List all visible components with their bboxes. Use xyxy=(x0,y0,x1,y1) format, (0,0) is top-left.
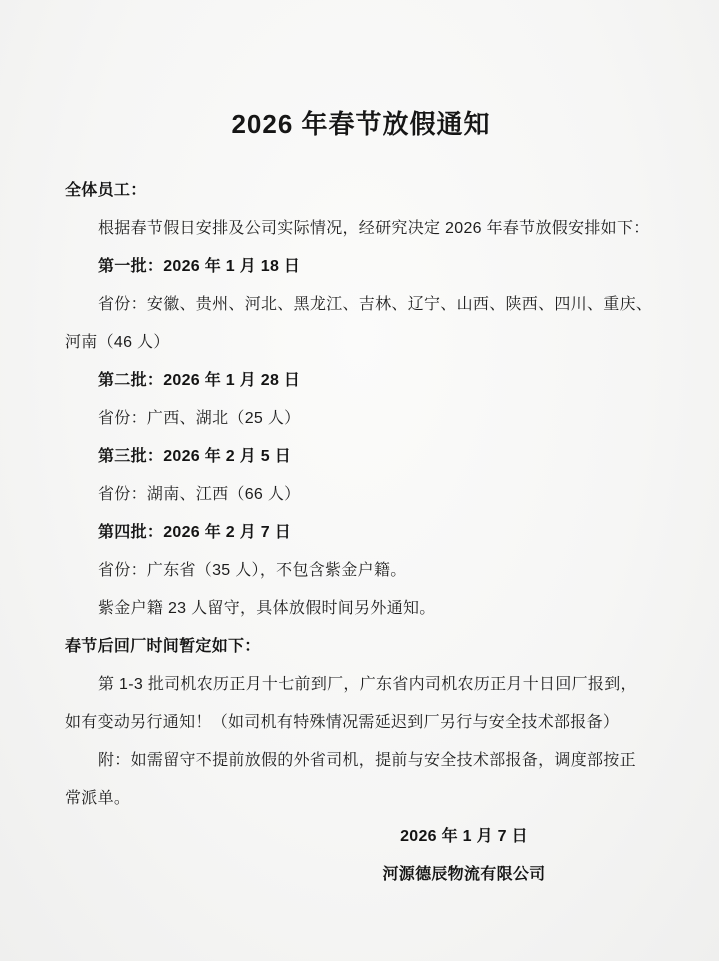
doc-line: 第二批：2026 年 1 月 28 日 xyxy=(65,362,657,400)
doc-line: 省份：安徽、贵州、河北、黑龙江、吉林、辽宁、山西、陕西、四川、重庆、 xyxy=(65,286,657,324)
signature-date: 2026 年 1 月 7 日 xyxy=(168,818,719,856)
doc-line: 附：如需留守不提前放假的外省司机，提前与安全技术部报备，调度部按正 xyxy=(65,742,657,780)
signature-block: 2026 年 1 月 7 日 河源德辰物流有限公司 xyxy=(168,818,719,894)
doc-line: 第三批：2026 年 2 月 5 日 xyxy=(65,438,657,476)
doc-line: 省份：广东省（35 人），不包含紫金户籍。 xyxy=(65,552,657,590)
doc-line: 根据春节假日安排及公司实际情况，经研究决定 2026 年春节放假安排如下： xyxy=(65,210,657,248)
doc-line: 第 1-3 批司机农历正月十七前到厂，广东省内司机农历正月十日回厂报到， xyxy=(65,666,657,704)
doc-line: 省份：广西、湖北（25 人） xyxy=(65,400,657,438)
doc-line: 第四批：2026 年 2 月 7 日 xyxy=(65,514,657,552)
notice-document: 2026 年春节放假通知 全体员工：根据春节假日安排及公司实际情况，经研究决定 … xyxy=(0,0,719,961)
notice-body: 全体员工：根据春节假日安排及公司实际情况，经研究决定 2026 年春节放假安排如… xyxy=(65,172,657,818)
doc-line: 紫金户籍 23 人留守，具体放假时间另外通知。 xyxy=(65,590,657,628)
signature-company: 河源德辰物流有限公司 xyxy=(168,856,719,894)
doc-line: 省份：湖南、江西（66 人） xyxy=(65,476,657,514)
notice-title: 2026 年春节放假通知 xyxy=(65,104,657,144)
doc-line: 全体员工： xyxy=(65,172,657,210)
doc-line: 如有变动另行通知！（如司机有特殊情况需延迟到厂另行与安全技术部报备） xyxy=(65,704,657,742)
doc-line: 河南（46 人） xyxy=(65,324,657,362)
doc-line: 常派单。 xyxy=(65,780,657,818)
doc-line: 春节后回厂时间暂定如下： xyxy=(65,628,657,666)
doc-line: 第一批：2026 年 1 月 18 日 xyxy=(65,248,657,286)
